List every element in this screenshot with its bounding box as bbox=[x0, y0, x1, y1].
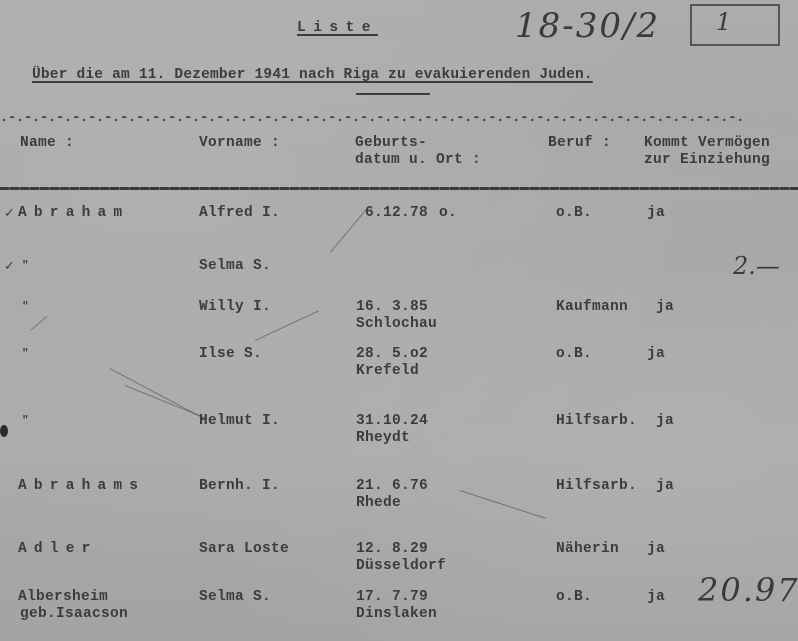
column-header-vermoegen-line1: Kommt Vermögen bbox=[644, 135, 770, 152]
name-ditto-mark: " bbox=[22, 299, 29, 316]
row-name: Abraham bbox=[18, 205, 129, 222]
row-vermoegen: ja bbox=[647, 589, 665, 606]
handwritten-reference-number: 18-30/2 bbox=[515, 6, 660, 46]
separator-dash-dot-line: .-.-.-.-.-.-.-.-.-.-.-.-.-.-.-.-.-.-.-.-… bbox=[0, 110, 798, 126]
row-beruf: Hilfsarb. bbox=[556, 413, 637, 430]
row-vorname: Sara Loste bbox=[199, 541, 289, 558]
page-number: 1 bbox=[716, 8, 731, 36]
row-vorname: Ilse S. bbox=[199, 346, 262, 363]
row-beruf: Hilfsarb. bbox=[556, 478, 637, 495]
document-subtitle: Über die am 11. Dezember 1941 nach Riga … bbox=[32, 67, 593, 84]
row-beruf: o.B. bbox=[556, 205, 592, 222]
row-geburtsdatum: 16. 3.85 bbox=[356, 299, 428, 316]
handwritten-amount: 2.— bbox=[733, 252, 780, 280]
row-ort: Rhede bbox=[356, 495, 401, 512]
subtitle-double-underline bbox=[356, 93, 430, 95]
row-vorname: Bernh. I. bbox=[199, 478, 280, 495]
column-header-beruf: Beruf : bbox=[548, 135, 611, 152]
column-header-name: Name : bbox=[20, 135, 74, 152]
row-vermoegen: ja bbox=[647, 346, 665, 363]
row-geburtsdatum: 21. 6.76 bbox=[356, 478, 428, 495]
row-beruf: Näherin bbox=[556, 541, 619, 558]
row-ort: Rheydt bbox=[356, 430, 410, 447]
row-geburtsdatum: 6.12.78 bbox=[365, 205, 428, 222]
row-vorname: Alfred I. bbox=[199, 205, 280, 222]
column-header-vorname: Vorname : bbox=[199, 135, 280, 152]
row-vorname: Selma S. bbox=[199, 258, 271, 275]
name-ditto-mark: " bbox=[22, 258, 29, 275]
column-header-geburt-line2: datum u. Ort : bbox=[355, 152, 481, 169]
header-rule bbox=[0, 187, 798, 190]
name-ditto-mark: " bbox=[22, 413, 29, 430]
row-name: Abrahams bbox=[18, 478, 145, 495]
row-vorname: Willy I. bbox=[199, 299, 271, 316]
row-vorname: Selma S. bbox=[199, 589, 271, 606]
column-header-geburt-line1: Geburts- bbox=[355, 135, 427, 152]
ink-blot bbox=[0, 425, 8, 437]
row-vorname: Helmut I. bbox=[199, 413, 280, 430]
row-ort: Krefeld bbox=[356, 363, 419, 380]
row-name-line2: geb.Isaacson bbox=[20, 606, 128, 623]
row-ort: Dinslaken bbox=[356, 606, 437, 623]
row-vermoegen: ja bbox=[647, 205, 665, 222]
row-ort: Düsseldorf bbox=[356, 558, 446, 575]
row-beruf: Kaufmann bbox=[556, 299, 628, 316]
row-geburtsdatum: 31.10.24 bbox=[356, 413, 428, 430]
handwritten-amount: 20.97 bbox=[698, 571, 798, 609]
column-header-vermoegen-line2: zur Einziehung bbox=[644, 152, 770, 169]
row-beruf: o.B. bbox=[556, 589, 592, 606]
row-vermoegen: ja bbox=[656, 478, 674, 495]
check-mark-icon: ✓ bbox=[4, 205, 15, 222]
name-ditto-mark: " bbox=[22, 346, 29, 363]
row-geburtsdatum: 17. 7.79 bbox=[356, 589, 428, 606]
row-vermoegen: ja bbox=[656, 299, 674, 316]
row-vermoegen: ja bbox=[647, 541, 665, 558]
row-vermoegen: ja bbox=[656, 413, 674, 430]
check-mark-icon: ✓ bbox=[4, 258, 15, 275]
row-ort: Schlochau bbox=[356, 316, 437, 333]
row-beruf: o.B. bbox=[556, 346, 592, 363]
row-geburtsdatum: 12. 8.29 bbox=[356, 541, 428, 558]
page-number-box bbox=[690, 4, 780, 46]
row-geburtsdatum: 28. 5.o2 bbox=[356, 346, 428, 363]
row-name: Adler bbox=[18, 541, 98, 558]
row-name: Albersheim bbox=[18, 589, 108, 606]
row-ort: o. bbox=[439, 205, 457, 222]
document-title: Liste bbox=[297, 20, 378, 37]
